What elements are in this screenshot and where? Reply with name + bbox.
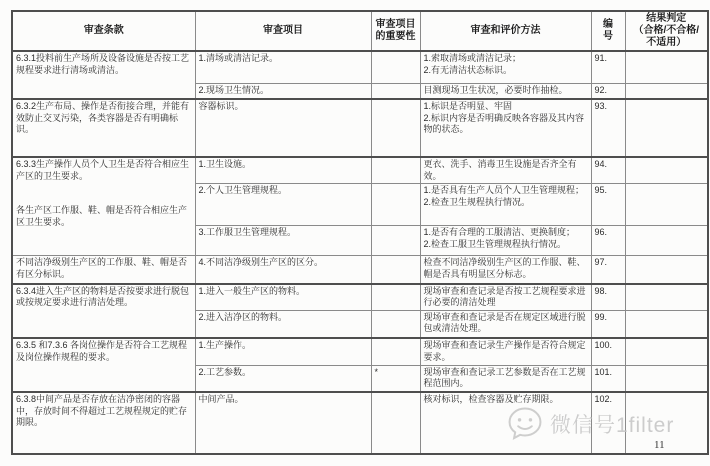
- method-cell: 现场审查和查记录工艺参数是否在工艺规程范围内。: [420, 365, 591, 392]
- method-cell: 核对标识，检查容器及贮存期限。: [420, 392, 591, 454]
- result-cell: [625, 338, 708, 365]
- method-cell: 现场审查和查记录是否按工艺规程要求进行必要的清洁处理: [420, 284, 591, 311]
- item-cell: 3.工作服卫生管理规程。: [195, 226, 371, 256]
- table-row: 6.3.5 和7.3.6 各岗位操作是否符合工艺规程及岗位操作规程的要求。 1.…: [12, 338, 708, 365]
- number-cell: 96.: [591, 226, 625, 256]
- result-cell: [625, 157, 708, 184]
- importance-cell: [371, 83, 420, 99]
- importance-cell: [371, 157, 420, 184]
- item-cell: 2.现场卫生情况。: [195, 83, 371, 99]
- page-number: 11: [654, 439, 665, 451]
- importance-cell: *: [371, 365, 420, 392]
- result-cell: [625, 51, 708, 83]
- table-row: 6.3.8中间产品是否存放在洁净密闭的容器中，存放时间不得超过工艺规程规定的贮存…: [12, 392, 708, 454]
- importance-cell: [371, 284, 420, 311]
- importance-cell: [371, 256, 420, 284]
- col-header-number-label: 编号: [602, 19, 614, 43]
- method-cell: 1.标识是否明显、牢固 2.标识内容是否明确反映各容器及其内容物的状态。: [420, 99, 591, 157]
- clause-cell: 不同洁净级别生产区的工作服、鞋、帽是否有区分标识。: [12, 256, 195, 284]
- method-cell: 更衣、洗手、消毒卫生设施是否齐全有效。: [420, 157, 591, 184]
- item-cell: 2.进入洁净区的物料。: [195, 310, 371, 338]
- importance-cell: [371, 310, 420, 338]
- col-header-result: 结果判定 （合格/不合格/ 不适用）: [625, 11, 708, 51]
- method-cell: 目测现场卫生状况，必要时作抽检。: [420, 83, 591, 99]
- number-cell: 102.: [591, 392, 625, 454]
- importance-cell: [371, 99, 420, 157]
- method-cell: 1.索取清场或清洁记录； 2.有无清洁状态标识。: [420, 51, 591, 83]
- item-cell: 容器标识。: [195, 99, 371, 157]
- importance-cell: [371, 51, 420, 83]
- col-header-importance: 审查项目的重要性: [371, 11, 420, 51]
- method-cell: 现场审查和查记录是否在规定区域进行脱包或清洁处理。: [420, 310, 591, 338]
- number-cell: 95.: [591, 184, 625, 226]
- result-cell: [625, 284, 708, 311]
- method-cell: 检查不同洁净级别生产区的工作服、鞋、帽是否具有明显区分标志。: [420, 256, 591, 284]
- clause-cell: 6.3.4进入生产区的物料是否按要求进行脱包或按规定要求进行清洁处理。: [12, 284, 195, 339]
- col-header-number: 编号: [591, 11, 625, 51]
- clause-cell: 6.3.1投料前生产场所及设备设施是否按工艺规程要求进行清场或清洁。: [12, 51, 195, 99]
- item-cell: 中间产品。: [195, 392, 371, 454]
- item-cell: 1.清场或清洁记录。: [195, 51, 371, 83]
- method-cell: 1.是否有合理的工服清洁、更换制度； 2.检查工服卫生管理规程执行情况。: [420, 226, 591, 256]
- item-cell: 4.不同洁净级别生产区的区分。: [195, 256, 371, 284]
- number-cell: 93.: [591, 99, 625, 157]
- number-cell: 99.: [591, 310, 625, 338]
- col-header-item: 审查项目: [195, 11, 371, 51]
- table-row: 6.3.2生产布局、操作是否衔接合理，并能有效防止交叉污染，各类容器是否有明确标…: [12, 99, 708, 157]
- table-header-row: 审查条款 审查项目 审查项目的重要性 审查和评价方法 编号 结果判定 （合格/不…: [12, 11, 708, 51]
- clause-cell: 6.3.5 和7.3.6 各岗位操作是否符合工艺规程及岗位操作规程的要求。: [12, 338, 195, 392]
- result-cell: [625, 184, 708, 226]
- col-header-clause: 审查条款: [12, 11, 195, 51]
- table-row: 6.3.1投料前生产场所及设备设施是否按工艺规程要求进行清场或清洁。 1.清场或…: [12, 51, 708, 83]
- method-cell: 现场审查和查记录生产操作是否符合规定要求。: [420, 338, 591, 365]
- importance-cell: [371, 184, 420, 226]
- col-header-method: 审查和评价方法: [420, 11, 591, 51]
- number-cell: 97.: [591, 256, 625, 284]
- number-cell: 91.: [591, 51, 625, 83]
- number-cell: 101.: [591, 365, 625, 392]
- result-cell: [625, 392, 708, 454]
- table-row: 6.3.4进入生产区的物料是否按要求进行脱包或按规定要求进行清洁处理。 1.进入…: [12, 284, 708, 311]
- item-cell: 2.个人卫生管理规程。: [195, 184, 371, 226]
- table-row: 不同洁净级别生产区的工作服、鞋、帽是否有区分标识。 4.不同洁净级别生产区的区分…: [12, 256, 708, 284]
- result-cell: [625, 365, 708, 392]
- clause-cell: 6.3.2生产布局、操作是否衔接合理，并能有效防止交叉污染，各类容器是否有明确标…: [12, 99, 195, 157]
- result-cell: [625, 83, 708, 99]
- importance-cell: [371, 392, 420, 454]
- importance-cell: [371, 338, 420, 365]
- number-cell: 94.: [591, 157, 625, 184]
- item-cell: 1.生产操作。: [195, 338, 371, 365]
- item-cell: 2.工艺参数。: [195, 365, 371, 392]
- number-cell: 98.: [591, 284, 625, 311]
- audit-table: 审查条款 审查项目 审查项目的重要性 审查和评价方法 编号 结果判定 （合格/不…: [11, 10, 709, 455]
- document-page: 审查条款 审查项目 审查项目的重要性 审查和评价方法 编号 结果判定 （合格/不…: [0, 0, 710, 466]
- number-cell: 92.: [591, 83, 625, 99]
- result-cell: [625, 256, 708, 284]
- clause-cell: 6.3.3生产操作人员个人卫生是否符合相应生产区的卫生要求。 各生产区工作服、鞋…: [12, 157, 195, 256]
- result-cell: [625, 310, 708, 338]
- number-cell: 100.: [591, 338, 625, 365]
- item-cell: 1.卫生设施。: [195, 157, 371, 184]
- item-cell: 1.进入一般生产区的物料。: [195, 284, 371, 311]
- importance-cell: [371, 226, 420, 256]
- result-cell: [625, 99, 708, 157]
- method-cell: 1.是否具有生产人员个人卫生管理规程； 2.检查卫生规程执行情况。: [420, 184, 591, 226]
- table-row: 6.3.3生产操作人员个人卫生是否符合相应生产区的卫生要求。 各生产区工作服、鞋…: [12, 157, 708, 184]
- result-cell: [625, 226, 708, 256]
- clause-cell: 6.3.8中间产品是否存放在洁净密闭的容器中，存放时间不得超过工艺规程规定的贮存…: [12, 392, 195, 454]
